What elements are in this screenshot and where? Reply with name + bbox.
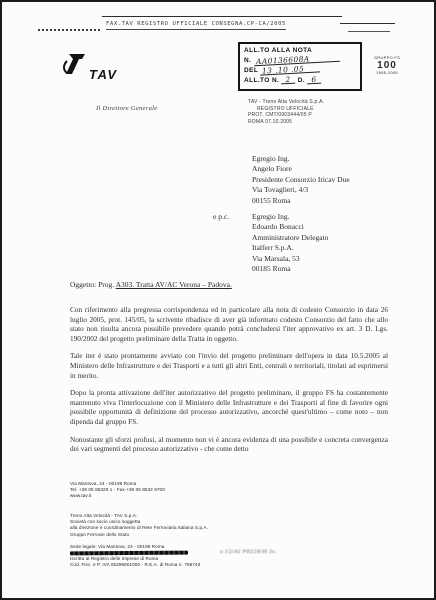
footer-line: Sede legale: Via Mantova, 24 - 00198 Rom… xyxy=(70,544,220,550)
stamp-d-label: D. xyxy=(298,77,305,84)
footer-line: Cod. Fisc. e P. IVA 05296801000 - R.E.A.… xyxy=(70,562,220,568)
stamp-attachments-row: ALL.TO N. 2 D. 6 xyxy=(244,76,356,86)
cc-line: Amministratore Delegato xyxy=(252,233,328,243)
sender-role: Il Direttore Generale xyxy=(96,105,157,112)
recipient-address: Egregio Ing. Angelo Fiore Presidente Con… xyxy=(252,154,350,206)
stamp-d-handwritten: 6 xyxy=(307,76,321,85)
recipient-line: Presidente Consorzio Iricav Due xyxy=(252,175,350,185)
cc-line: Via Marsala, 53 xyxy=(252,254,328,264)
tav-logo-icon xyxy=(60,52,86,81)
scan-line-right-2 xyxy=(348,31,390,32)
redacted-line xyxy=(70,551,188,556)
illegible-annotation: s.12/AI P0226/H Is. xyxy=(220,549,277,555)
tav-logo: TAV xyxy=(60,52,118,81)
cc-line: Edoardo Bonacci xyxy=(252,222,328,232)
footer-legal-block: Sede legale: Via Mantova, 24 - 00198 Rom… xyxy=(70,544,220,569)
footer-line: www.tav.it xyxy=(70,493,165,499)
recipient-line: Egregio Ing. xyxy=(252,154,350,164)
subject-text: A303. Tratta AV/AC Verona – Padova. xyxy=(116,280,232,289)
recipient-line: Angelo Fiore xyxy=(252,164,350,174)
protocol-line: ROMA 07.10.2005 xyxy=(248,119,378,126)
received-stamp-box: ALL.TO ALLA NOTA N. AA0136608A DEL 13 .1… xyxy=(238,42,362,91)
body-paragraph: Nonostante gli sforzi profusi, al moment… xyxy=(70,435,388,454)
stamp-allto-label: ALL.TO N. xyxy=(244,77,279,84)
fs-centenary-logo: GRUPPO FS 100 1905-2005 xyxy=(369,56,405,75)
scan-dash-left xyxy=(38,29,100,31)
scan-line-right-1 xyxy=(340,23,395,24)
subject-label: Oggetto: xyxy=(70,280,96,289)
cc-address: Egregio Ing. Edoardo Bonacci Amministrat… xyxy=(252,212,328,274)
recipient-line: Via Tovaglieri, 4/3 xyxy=(252,185,350,195)
cc-line: Italferr S.p.A. xyxy=(252,243,328,253)
tav-logo-text: TAV xyxy=(89,69,118,81)
footer-line: alla direzione e coordinamento di Rete F… xyxy=(70,525,220,531)
body-paragraph: Dopo la pronta attivazione dell'iter aut… xyxy=(70,388,388,426)
stamp-date-row: DEL 13 .10 .05 xyxy=(244,66,356,76)
cc-line: 00185 Roma xyxy=(252,264,328,274)
cc-label: e p.c. xyxy=(213,212,229,221)
body-paragraph: Tale iter è stato prontamente avviato co… xyxy=(70,351,388,380)
scanned-letter-page: FAX.TAV REGISTRO UFFICIALE CONSEGNA.CP-C… xyxy=(0,0,436,600)
recipient-line: 00155 Roma xyxy=(252,196,350,206)
footer-line: Gruppo Ferrovie dello Stato xyxy=(70,532,220,538)
subject-line: Oggetto: Prog. A303. Tratta AV/AC Verona… xyxy=(70,280,232,289)
fs-logo-100-icon: 100 xyxy=(369,61,405,71)
protocol-stamp: TAV - Treno Alta Velocità S.p.A. REGISTR… xyxy=(248,99,378,125)
cc-line: Egregio Ing. xyxy=(252,212,328,222)
stamp-allto-handwritten: 2 xyxy=(281,76,295,85)
stamp-n-label: N. xyxy=(244,57,251,64)
footer-company-block: Treno Alta Velocità - TAV S.p.A. Società… xyxy=(70,513,220,538)
footer-contact-block: Via Mantova, 24 - 00198 Roma Tel. +39 06… xyxy=(70,481,165,500)
scan-line-top xyxy=(102,16,342,17)
fs-logo-bottom-text: 1905-2005 xyxy=(369,71,405,76)
subject-prefix: Prog. xyxy=(98,280,114,289)
body-paragraph: Con riferimento alla pregressa corrispon… xyxy=(70,305,388,343)
stamp-del-label: DEL xyxy=(244,67,258,74)
fax-transmission-header: FAX.TAV REGISTRO UFFICIALE CONSEGNA.CP-C… xyxy=(106,21,286,30)
letter-body: Con riferimento alla pregressa corrispon… xyxy=(70,305,388,462)
